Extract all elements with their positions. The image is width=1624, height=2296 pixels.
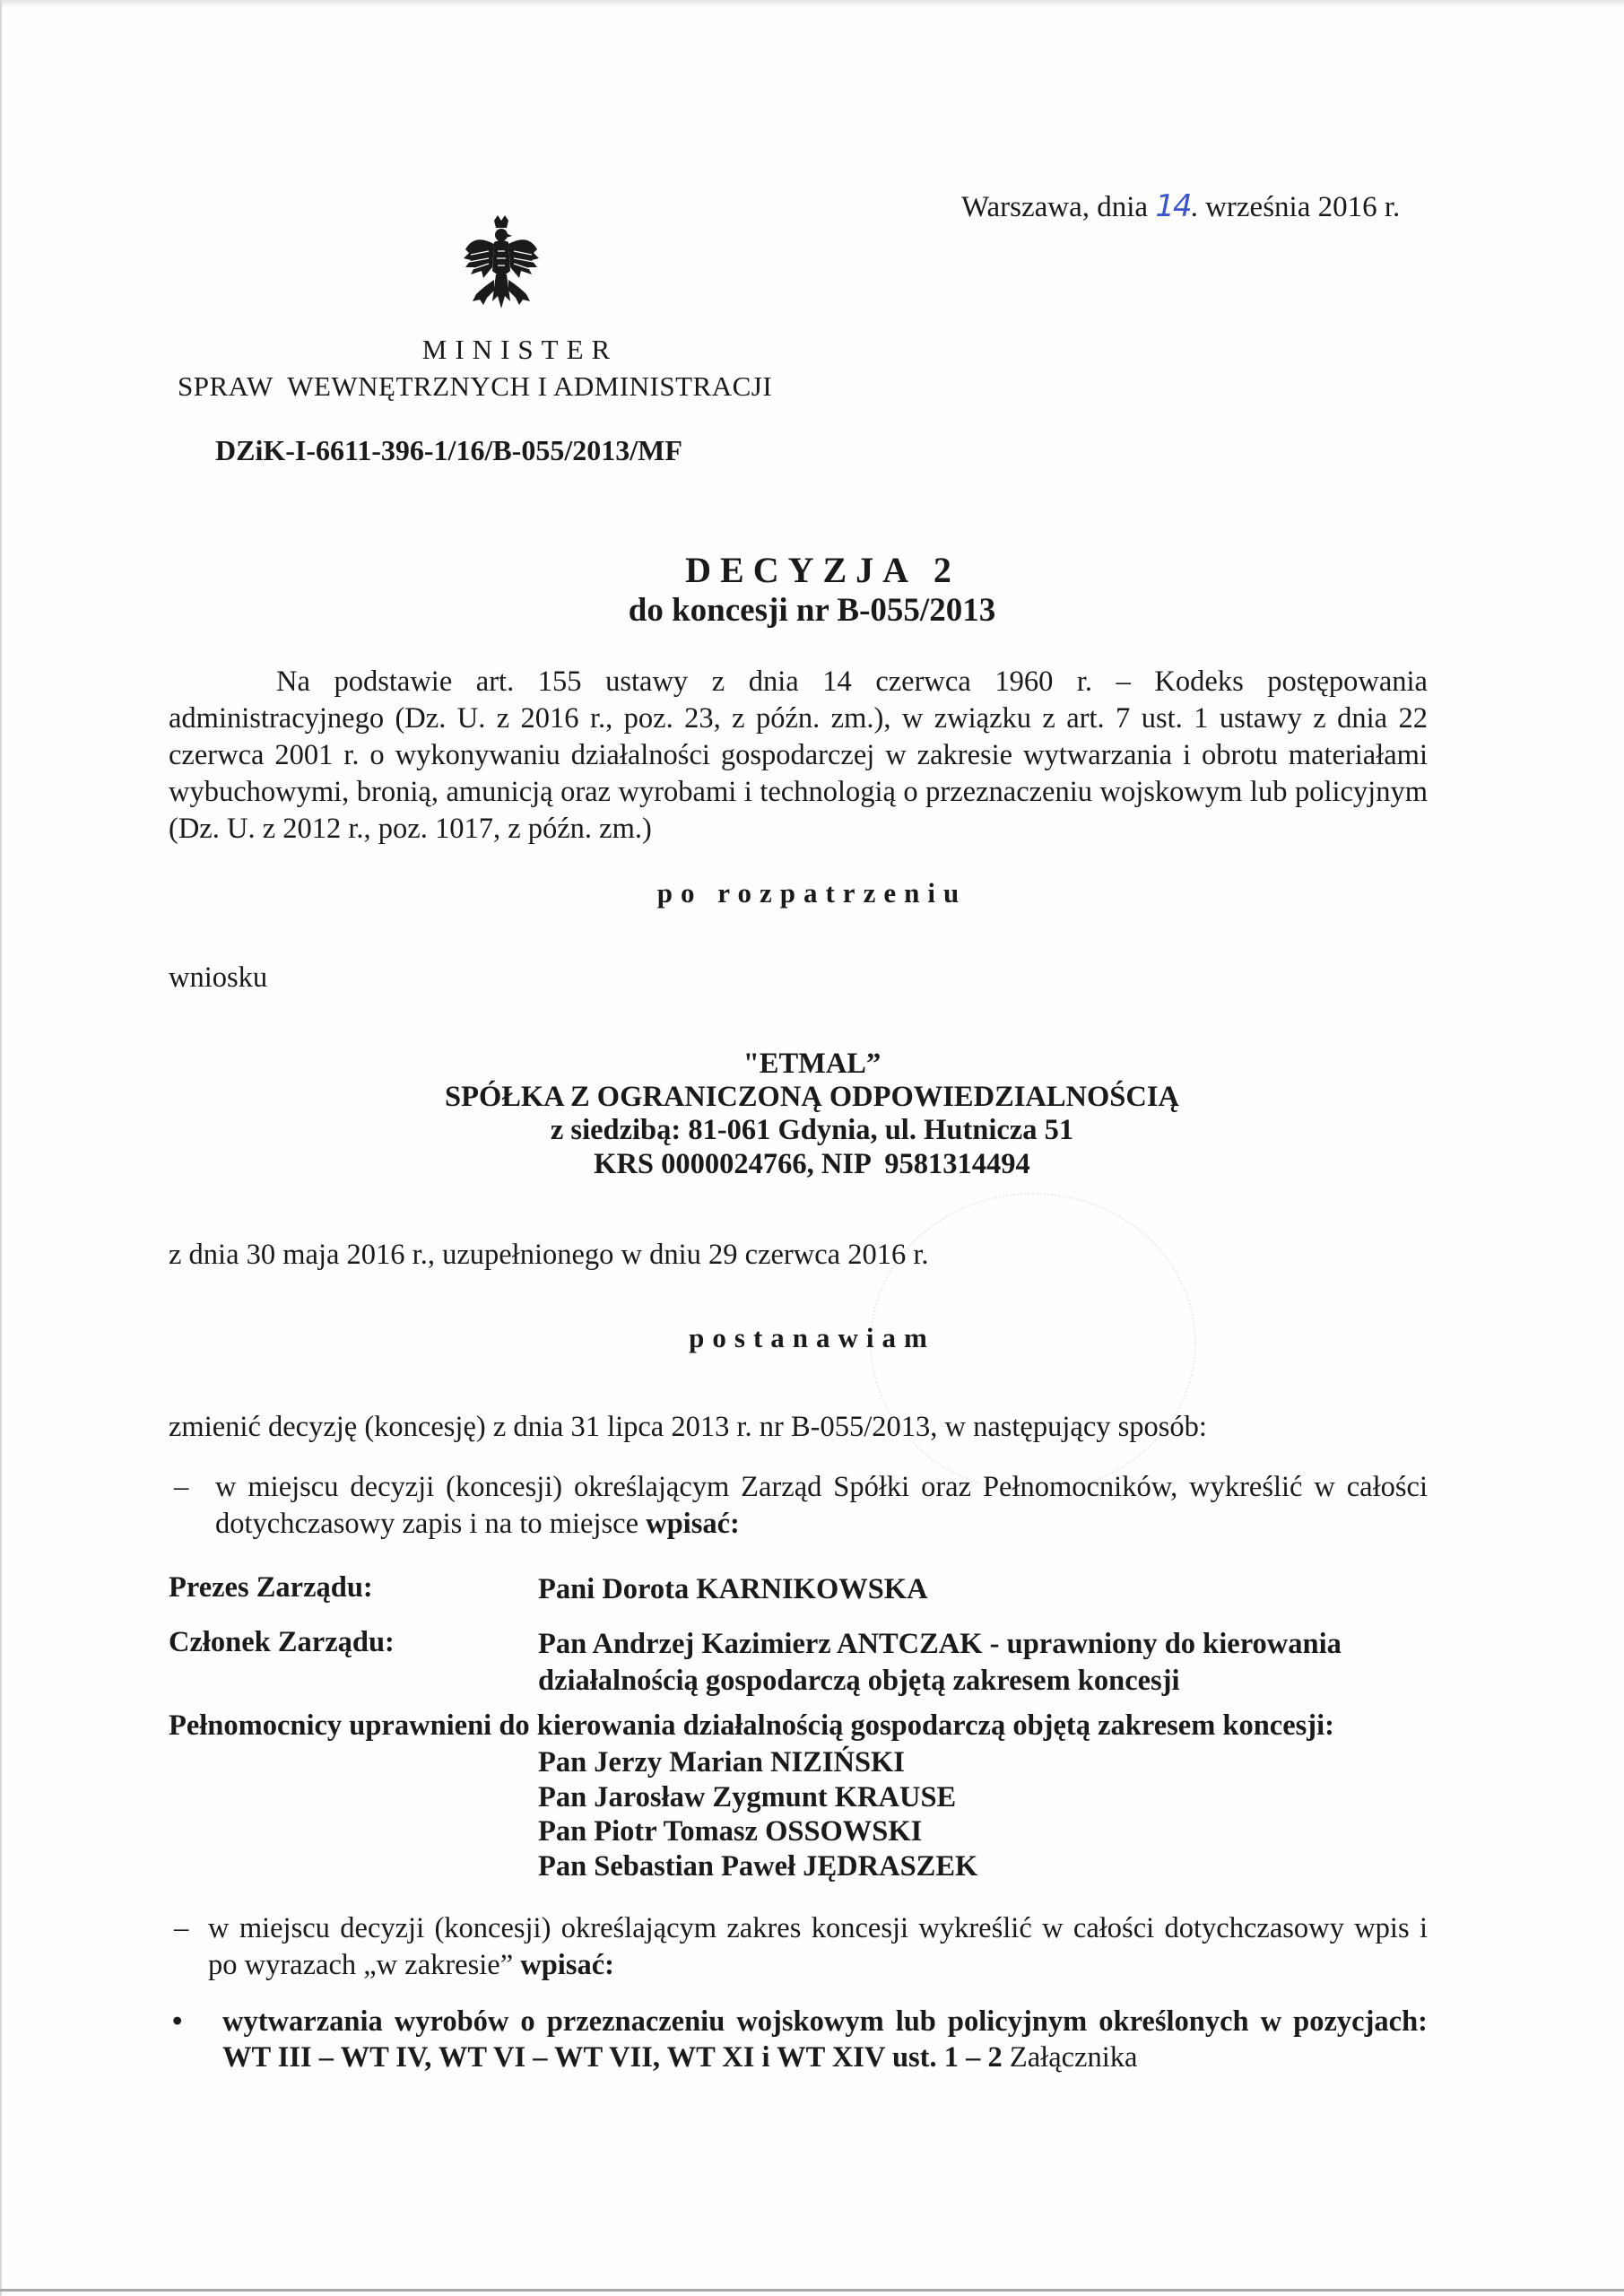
change-intro: zmienić decyzję (koncesję) z dnia 31 lip…: [169, 1411, 1207, 1444]
place-date-prefix: Warszawa, dnia: [961, 191, 1155, 223]
company-identifiers: KRS 0000024766, NIP 9581314494: [0, 1148, 1624, 1181]
document-page: Warszawa, dnia 14. września 2016 r.: [0, 0, 1624, 2296]
board-member-value: Pan Andrzej Kazimierz ANTCZAK - uprawnio…: [538, 1626, 1342, 1700]
change-item-text: w miejscu decyzji (koncesji) określający…: [208, 1910, 1428, 1984]
change-item-board: – w miejscu decyzji (koncesji) określają…: [169, 1469, 1428, 1543]
attorney-name: Pan Piotr Tomasz OSSOWSKI: [538, 1814, 977, 1849]
company-address: z siedzibą: 81-061 Gdynia, ul. Hutnicza …: [0, 1114, 1624, 1147]
company-legal-form: SPÓŁKA Z OGRANICZONĄ ODPOWIEDZIALNOŚCIĄ: [0, 1081, 1624, 1114]
after-review-heading: po rozpatrzeniu: [0, 877, 1624, 909]
scan-edge-bottom: [0, 2289, 1624, 2292]
decision-title: DECYZJA 2: [0, 549, 1624, 591]
legal-basis-paragraph: Na podstawie art. 155 ustawy z dnia 14 c…: [169, 664, 1428, 848]
change-item-text-normal: w miejscu decyzji (koncesji) określający…: [208, 1912, 1428, 1981]
dash-marker: –: [174, 1910, 188, 1947]
polish-eagle-emblem-icon: [462, 215, 541, 321]
ministry-name: SPRAW WEWNĘTRZNYCH I ADMINISTRACJI: [178, 370, 772, 403]
change-item-text-bold: wpisać:: [646, 1508, 740, 1540]
company-name: "ETMAL”: [0, 1048, 1624, 1081]
change-item-text-bold: wpisać:: [520, 1949, 614, 1981]
case-reference-number: DZiK-I-6611-396-1/16/B-055/2013/MF: [215, 434, 682, 467]
request-label: wniosku: [169, 961, 267, 995]
request-dates: z dnia 30 maja 2016 r., uzupełnionego w …: [169, 1239, 928, 1272]
attorneys-heading: Pełnomocnicy uprawnieni do kierowania dz…: [169, 1709, 1334, 1743]
decision-heading: postanawiam: [0, 1322, 1624, 1354]
change-item-text: w miejscu decyzji (koncesji) określający…: [215, 1469, 1428, 1543]
attorney-name: Pan Jarosław Zygmunt KRAUSE: [538, 1780, 977, 1815]
attorney-name: Pan Sebastian Paweł JĘDRASZEK: [538, 1849, 977, 1884]
decision-subtitle: do koncesji nr B-055/2013: [0, 591, 1624, 630]
dash-marker: –: [174, 1469, 188, 1506]
attorney-name: Pan Jerzy Marian NIZIŃSKI: [538, 1745, 977, 1780]
minister-heading: MINISTER: [161, 334, 879, 366]
president-label: Prezes Zarządu:: [169, 1571, 373, 1605]
board-member-value-line-1: Pan Andrzej Kazimierz ANTCZAK - uprawnio…: [538, 1626, 1342, 1663]
place-date: Warszawa, dnia 14. września 2016 r.: [961, 188, 1400, 224]
scope-bullet-item: • wytwarzania wyrobów o przeznaczeniu wo…: [169, 2004, 1428, 2075]
handwritten-day: 14: [1155, 188, 1190, 224]
scope-item-text-normal: Załącznika: [1010, 2041, 1138, 2074]
president-value: Pani Dorota KARNIKOWSKA: [538, 1571, 928, 1608]
place-date-suffix: . września 2016 r.: [1191, 191, 1401, 223]
change-item-scope: – w miejscu decyzji (koncesji) określają…: [169, 1910, 1428, 1984]
board-member-label: Członek Zarządu:: [169, 1626, 395, 1659]
attorney-list: Pan Jerzy Marian NIZIŃSKI Pan Jarosław Z…: [538, 1745, 977, 1883]
change-item-text-normal: w miejscu decyzji (koncesji) określający…: [215, 1471, 1428, 1540]
bullet-marker: •: [172, 2004, 182, 2039]
board-member-value-line-2: działalnością gospodarczą objętą zakrese…: [538, 1663, 1342, 1700]
scope-item-text: wytwarzania wyrobów o przeznaczeniu wojs…: [222, 2004, 1428, 2075]
scope-item-text-bold: wytwarzania wyrobów o przeznaczeniu wojs…: [222, 2005, 1428, 2074]
scan-edge-top: [0, 0, 1624, 7]
